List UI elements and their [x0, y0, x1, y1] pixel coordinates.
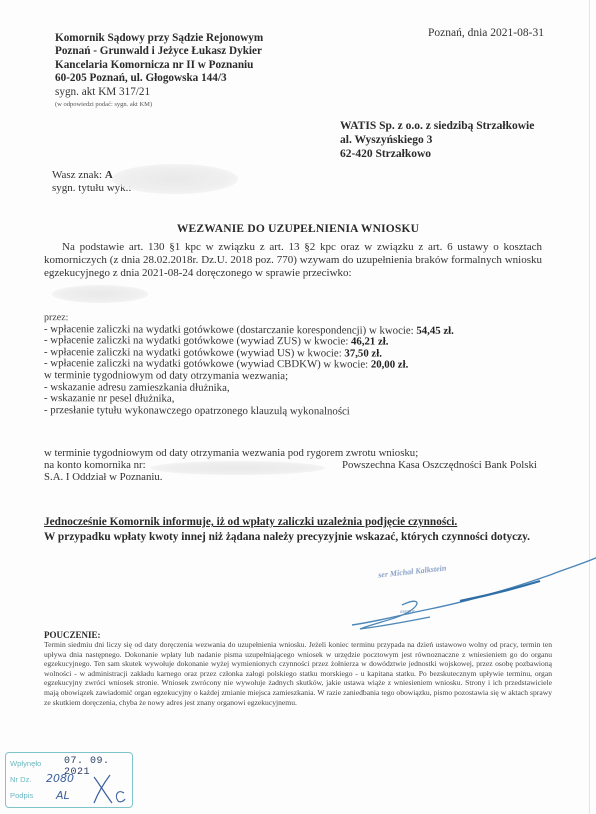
- notice-block: Jednocześnie Komornik informuje, iż od w…: [44, 515, 530, 545]
- reply-note: (w odpowiedzi podać: sygn. akt KM): [55, 101, 152, 108]
- redaction-blur: [150, 461, 325, 475]
- payment-amount: 20,00 zł.: [371, 359, 408, 371]
- recipient-line: 62-420 Strzałkowo: [340, 147, 534, 161]
- sender-line: Kancelaria Komornicza nr II w Poznaniu: [55, 59, 263, 72]
- account-label: na konto komornika nr:: [44, 459, 146, 471]
- notice-line-underlined: Jednocześnie Komornik informuje, iż od w…: [44, 515, 530, 530]
- stamp-signature-label: Podpis: [10, 791, 33, 800]
- payment-amount: 54,45 zł.: [416, 324, 453, 336]
- instruction-heading: POUCZENIE:: [44, 630, 101, 640]
- intro-paragraph: Na podstawie art. 130 §1 kpc w związku z…: [44, 241, 542, 281]
- sender-line: Poznań - Grunwald i Jeżyce Łukasz Dykier: [55, 45, 263, 58]
- payment-amount: 46,21 zł.: [351, 336, 388, 348]
- case-number: sygn. akt KM 317/21: [55, 86, 150, 98]
- scanned-letter-page: Komornik Sądowy przy Sądzie Rejonowym Po…: [0, 0, 596, 814]
- stamp-number-label: Nr Dz.: [10, 775, 32, 784]
- recipient-line: al. Wyszyńskiego 3: [340, 133, 534, 147]
- notice-line: W przypadku wpłaty kwoty innej niż żądan…: [44, 530, 530, 545]
- stamp-received-label: Wpłynęło: [10, 759, 41, 768]
- bank-name: Powszechna Kasa Oszczędności Bank Polski: [342, 460, 537, 472]
- page-edge-shadow: [589, 0, 590, 814]
- letter-date: Poznań, dnia 2021-08-31: [428, 27, 544, 39]
- sender-line: Komornik Sądowy przy Sądzie Rejonowym: [55, 32, 263, 45]
- recipient-line: WATIS Sp. z o.o. z siedzibą Strzałkowie: [340, 119, 534, 133]
- stamp-number-value: 2080: [46, 772, 74, 785]
- intro-text: Na podstawie art. 130 §1 kpc w związku z…: [44, 241, 542, 279]
- your-ref-label: Wasz znak:: [52, 169, 102, 181]
- payment-amount: 37,50 zł.: [344, 347, 381, 359]
- handwritten-initials: [90, 771, 130, 805]
- sender-block: Komornik Sądowy przy Sądzie Rejonowym Po…: [55, 32, 263, 86]
- redaction-blur: [112, 164, 238, 194]
- instruction-text: Termin siedmiu dni liczy się od daty dor…: [44, 640, 552, 707]
- requirements-list: przez: - wpłacenie zaliczki na wydatki g…: [44, 312, 454, 418]
- document-title: WEZWANIE DO UZUPEŁNIENIA WNIOSKU: [0, 223, 596, 235]
- stamp-signature-value: AL: [56, 789, 70, 802]
- handwritten-signature: [340, 555, 596, 635]
- redaction-blur: [52, 285, 148, 303]
- sender-line: 60-205 Poznań, ul. Głogowska 144/3: [55, 72, 263, 85]
- recipient-block: WATIS Sp. z o.o. z siedzibą Strzałkowie …: [340, 119, 534, 161]
- requirement-item: - przesłanie tytułu wykonawczego opatrzo…: [44, 405, 454, 418]
- received-stamp: Wpłynęło 07. 09. 2021 Nr Dz. 2080 Podpis…: [5, 752, 133, 808]
